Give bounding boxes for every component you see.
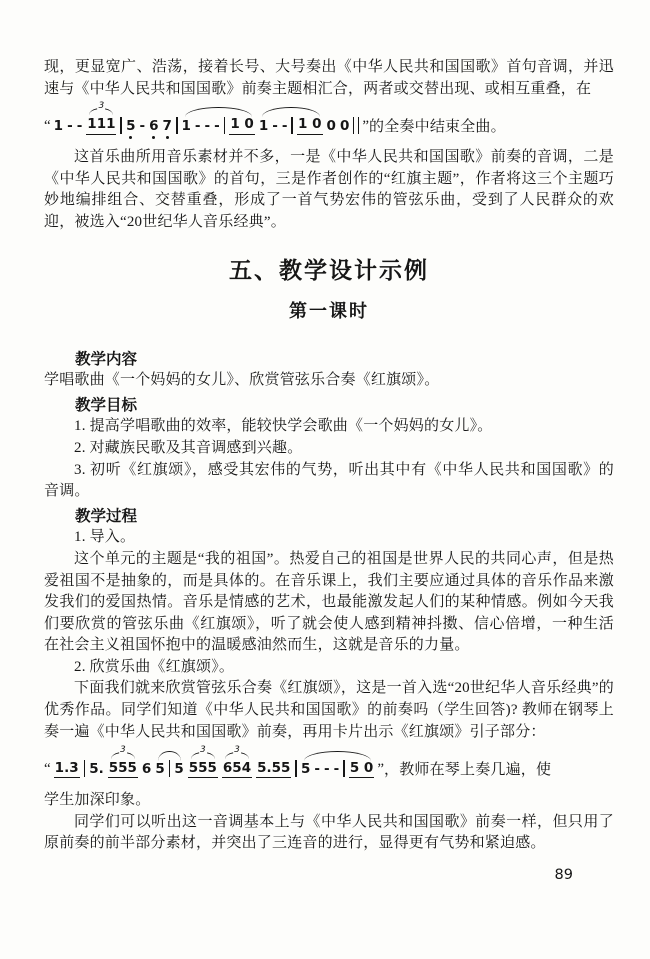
process-step-1-text: 这个单元的主题是“我的祖国”。热爱自己的祖国是世界人民的共同心声，但是热爱祖国不…: [44, 549, 614, 657]
slur-arc-group: 1--1 0: [259, 116, 323, 135]
slur-arc-group: 55: [155, 760, 183, 777]
notation-bar: [169, 760, 171, 777]
notation-dash: -: [205, 118, 211, 134]
slur-arc-group: 5---5 0: [301, 760, 374, 779]
notation-dash: -: [272, 118, 278, 134]
lesson-title: 第一课时: [44, 299, 614, 324]
notation-bar: [176, 117, 178, 134]
page-number: 89: [44, 867, 573, 883]
notation-trailing-text: 的全奏中结束全曲。: [369, 115, 506, 136]
notation-group: 5553: [108, 760, 138, 779]
music-notation-line-1: “ 1--11135-671---1 01--1 000 ” 的全奏中结束全曲。: [44, 100, 614, 136]
notation-group: 5553: [188, 760, 218, 779]
notation-trailing-text: ，教师在琴上奏几遍，使: [384, 758, 551, 779]
notation-note: 0: [340, 118, 349, 134]
notation-note: 5.: [89, 761, 104, 777]
open-quote: “: [44, 116, 51, 136]
notation-bar: [295, 760, 297, 777]
notation-continuation-text: 学生加深印象。: [44, 790, 614, 812]
close-quote: ”: [362, 116, 369, 136]
jianpu-notation-hongqisong-intro: 1.35.5553655555365435.555---5 0: [54, 760, 375, 779]
notation-bar: [84, 760, 86, 777]
book-page: 现，更显宽广、浩荡，接着长号、大号奏出《中华人民共和国国歌》首句音调，并迅速与《…: [0, 0, 650, 959]
notation-note: 5: [155, 761, 164, 777]
closing-paragraph: 同学们可以听出这一音调基本上与《中华人民共和国国歌》前奏一样，但只用了原前奏的前…: [44, 812, 614, 855]
slur-arc-group: 1---1 0: [182, 116, 255, 135]
goal-item-1: 1. 提高学唱歌曲的效率，能较快学会歌曲《一个妈妈的女儿》。: [44, 416, 614, 438]
notation-group: 1113: [86, 116, 116, 135]
notation-note: 5: [126, 118, 135, 134]
music-notation-line-2: “ 1.35.5553655555365435.555---5 0 ” ，教师在…: [44, 743, 614, 779]
notation-note: 7: [163, 118, 172, 134]
notation-note: 5: [301, 761, 310, 777]
notation-note: 0: [327, 118, 336, 134]
notation-endbar: [353, 117, 359, 134]
notation-note: 1: [182, 118, 191, 134]
notation-dash: -: [67, 118, 73, 134]
notation-dash: -: [314, 761, 320, 777]
close-quote: ”: [377, 759, 384, 779]
teaching-goals-label: 教学目标: [44, 395, 614, 417]
notation-group: 1.3: [54, 760, 80, 779]
notation-note: 1: [259, 118, 268, 134]
process-step-2-text: 下面我们就来欣赏管弦乐合奏《红旗颂》，这是一首入选“20世纪华人音乐经典”的优秀…: [44, 678, 614, 743]
triplet-number: 3: [199, 746, 207, 755]
teaching-content-text: 学唱歌曲《一个妈妈的女儿》、欣赏管弦乐合奏《红旗颂》。: [44, 370, 614, 392]
triplet-number: 3: [119, 746, 127, 755]
notation-group: 1 0: [297, 116, 323, 135]
section-title: 五、教学设计示例: [44, 256, 614, 286]
notation-dash: -: [139, 118, 145, 134]
notation-bar: [343, 760, 345, 777]
teaching-content-label: 教学内容: [44, 349, 614, 371]
notation-dash: -: [195, 118, 201, 134]
notation-dash: -: [334, 761, 340, 777]
notation-bar: [224, 117, 226, 134]
goal-item-2: 2. 对藏族民歌及其音调感到兴趣。: [44, 438, 614, 460]
triplet-number: 3: [233, 746, 241, 755]
notation-group: 1 0: [229, 116, 255, 135]
process-step-2: 2. 欣赏乐曲《红旗颂》。: [44, 657, 614, 679]
notation-group: 5.55: [256, 760, 291, 779]
notation-note: 1: [54, 118, 63, 134]
notation-dash: -: [77, 118, 83, 134]
notation-bar: [120, 117, 122, 134]
notation-bar: [291, 117, 293, 134]
notation-dash: -: [282, 118, 288, 134]
notation-note: 6: [149, 118, 158, 134]
goal-item-3: 3. 初听《红旗颂》，感受其宏伟的气势，听出其中有《中华人民共和国国歌》的音调。: [44, 460, 614, 503]
notation-note: 6: [142, 761, 151, 777]
teaching-process-label: 教学过程: [44, 506, 614, 528]
intro-paragraph-2: 这首乐曲所用音乐素材并不多，一是《中华人民共和国国歌》前奏的音调，二是《中华人民…: [44, 147, 614, 233]
intro-paragraph-1: 现，更显宽广、浩荡，接着长号、大号奏出《中华人民共和国国歌》首句音调，并迅速与《…: [44, 57, 614, 100]
notation-dash: -: [214, 118, 220, 134]
notation-group: 6543: [222, 760, 252, 779]
open-quote: “: [44, 759, 51, 779]
notation-group: 5 0: [349, 760, 375, 779]
process-step-1: 1. 导入。: [44, 527, 614, 549]
jianpu-notation-anthem-ending: 1--11135-671---1 01--1 000: [54, 116, 360, 135]
triplet-number: 3: [98, 102, 106, 111]
notation-note: 5: [174, 761, 183, 777]
notation-dash: -: [324, 761, 330, 777]
